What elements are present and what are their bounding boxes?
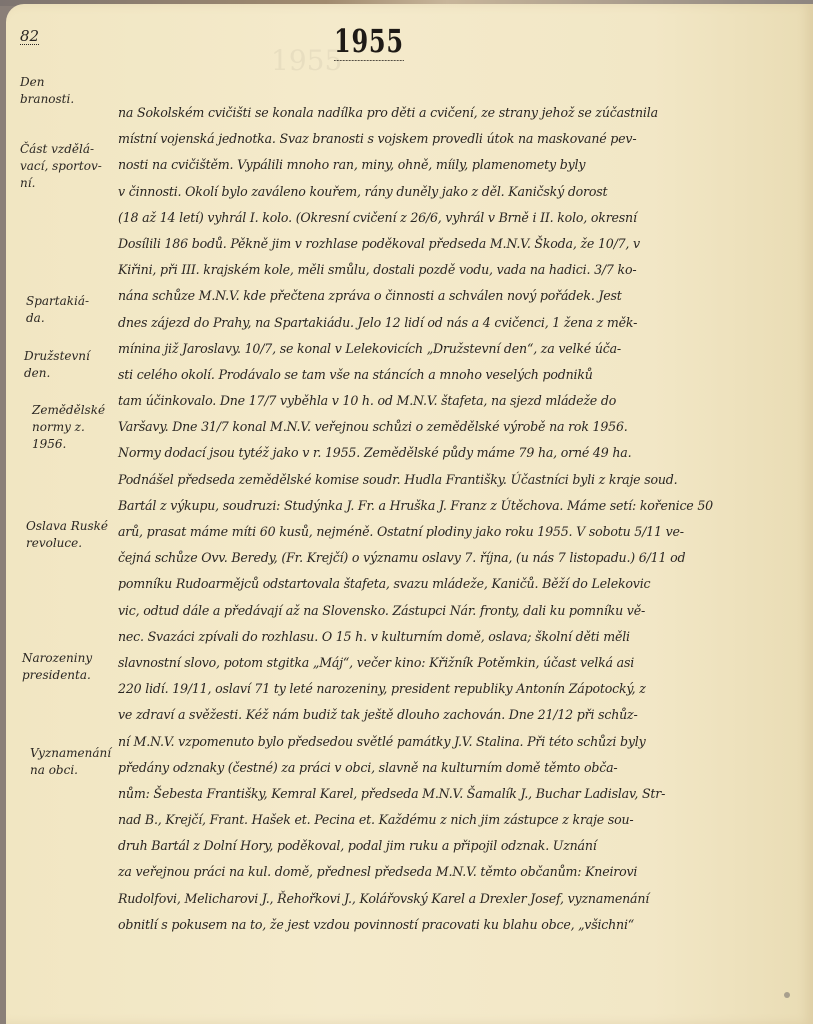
- text-line: sti celého okolí. Prodávalo se tam vše n…: [118, 362, 733, 388]
- text-line: vic, odtud dále a předávají až na Sloven…: [118, 598, 733, 624]
- text-line: nům: Šebesta Františky, Kemral Karel, př…: [118, 781, 733, 807]
- text-line: Rudolfovi, Melicharovi J., Řehořkovi J.,…: [118, 886, 733, 912]
- text-line: ve zdraví a svěžesti. Kéž nám budiž tak …: [118, 702, 733, 728]
- margin-note-zemedelske-normy: Zemědělské normy z. 1956.: [32, 402, 122, 453]
- text-line: nána schůze M.N.V. kde přečtena zpráva o…: [118, 283, 733, 309]
- text-line: čejná schůze Ovv. Beredy, (Fr. Krejčí) o…: [118, 545, 733, 571]
- text-line: Varšavy. Dne 31/7 konal M.N.V. veřejnou …: [118, 414, 733, 440]
- text-line: ní M.N.V. vzpomenuto bylo předsedou svět…: [118, 729, 733, 755]
- text-line: pomníku Rudoarmějců odstartovala štafeta…: [118, 571, 733, 597]
- margin-note-druzstevni-den: Družstevní den.: [24, 348, 114, 382]
- text-line: za veřejnou práci na kul. domě, přednesl…: [118, 859, 733, 885]
- text-line: slavnostní slovo, potom stgitka „Máj“, v…: [118, 650, 733, 676]
- text-line: druh Bartál z Dolní Hory, poděkoval, pod…: [118, 833, 733, 859]
- margin-note-cast-vzdelavaci: Část vzdělá- vací, sportov- ní.: [20, 141, 110, 192]
- text-line: Podnášel předseda zemědělské komise soud…: [118, 467, 733, 493]
- text-line: arů, prasat máme míti 60 kusů, nejméně. …: [118, 519, 733, 545]
- text-line: dnes zájezd do Prahy, na Spartakiádu. Je…: [118, 310, 733, 336]
- margin-note-spartakiada: Spartakiá- da.: [26, 293, 116, 327]
- chronicle-body-text: na Sokolském cvičišti se konala nadílka …: [118, 100, 733, 938]
- text-line: Kiřini, při III. krajském kole, měli smů…: [118, 257, 733, 283]
- text-line: v činnosti. Okolí bylo zaváleno kouřem, …: [118, 179, 733, 205]
- margin-note-narozeniny-presidenta: Narozeniny presidenta.: [22, 650, 112, 684]
- margin-note-oslava-revoluce: Oslava Ruské revoluce.: [26, 518, 116, 552]
- text-line: tam účinkovalo. Dne 17/7 vyběhla v 10 h.…: [118, 388, 733, 414]
- margin-note-vyznamenani: Vyznamenání na obci.: [30, 745, 120, 779]
- text-line: 220 lidí. 19/11, oslaví 71 ty leté naroz…: [118, 676, 733, 702]
- text-line: Dosílili 186 bodů. Pěkně jim v rozhlase …: [118, 231, 733, 257]
- text-line: nec. Svazáci zpívali do rozhlasu. O 15 h…: [118, 624, 733, 650]
- text-line: na Sokolském cvičišti se konala nadílka …: [118, 100, 733, 126]
- text-line: Normy dodací jsou tytéž jako v r. 1955. …: [118, 440, 733, 466]
- page-number: 82: [20, 28, 39, 45]
- text-line: obnitlí s pokusem na to, že jest vzdou p…: [118, 912, 733, 938]
- text-line: mínina již Jaroslavy. 10/7, se konal v L…: [118, 336, 733, 362]
- chronicle-page: 1955 82 1955 Den branosti. Část vzdělá- …: [6, 4, 813, 1024]
- margin-note-den-branosti: Den branosti.: [20, 74, 110, 108]
- text-line: nosti na cvičištěm. Vypálili mnoho ran, …: [118, 152, 733, 178]
- text-line: Bartál z výkupu, soudruzi: Studýnka J. F…: [118, 493, 733, 519]
- show-through-text: 1955: [271, 44, 342, 77]
- ink-spot: [784, 992, 790, 998]
- text-line: (18 až 14 letí) vyhrál I. kolo. (Okresní…: [118, 205, 733, 231]
- text-line: nad B., Krejčí, Frant. Hašek et. Pecina …: [118, 807, 733, 833]
- year-heading: 1955: [334, 22, 404, 61]
- text-line: předány odznaky (čestné) za práci v obci…: [118, 755, 733, 781]
- text-line: místní vojenská jednotka. Svaz branosti …: [118, 126, 733, 152]
